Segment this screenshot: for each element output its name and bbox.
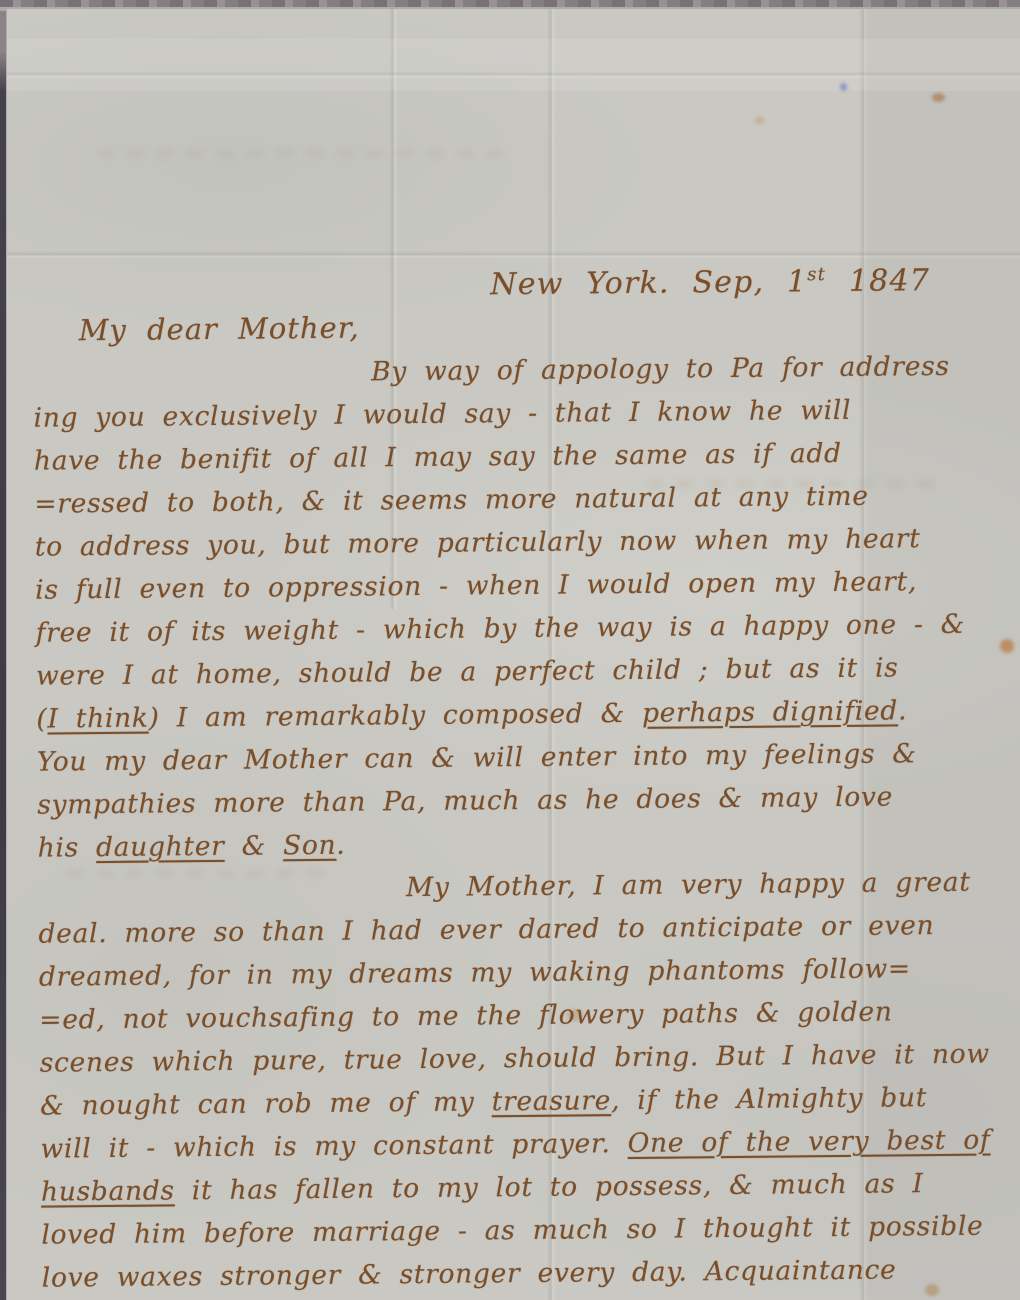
underlined-phrase: One of the very best of xyxy=(627,1125,990,1159)
line-segment: ) I am remarkably composed & xyxy=(148,698,642,734)
line-segment: & nought can rob me of my xyxy=(40,1086,492,1121)
letter-dateline: New York. Sep, 1st 1847 xyxy=(490,248,1003,303)
letter-content: New York. Sep, 1st 1847 My dear Mother, … xyxy=(32,248,1013,1299)
letter-line: love waxes stronger & stronger every day… xyxy=(42,1247,1013,1299)
dateline-ordinal: st xyxy=(807,264,826,285)
ink-speck-blue xyxy=(840,83,847,91)
dateline-day: 1 xyxy=(787,264,808,299)
dateline-month: Sep, xyxy=(692,265,764,301)
letter-page: New York. Sep, 1st 1847 My dear Mother, … xyxy=(7,9,1020,1300)
line-segment: will it - which is my constant prayer. xyxy=(40,1128,627,1165)
letter-paragraph-2: My Mother, I am very happy a great deal.… xyxy=(38,860,1013,1299)
line-segment: . xyxy=(336,830,345,861)
underlined-phrase: perhaps dignified xyxy=(642,695,898,728)
foxing-spot xyxy=(932,93,945,102)
scan-left-edge xyxy=(0,11,6,1300)
line-segment: , if the Almighty but xyxy=(611,1082,927,1116)
dateline-place: New York. xyxy=(490,266,670,303)
underlined-phrase: treasure xyxy=(491,1085,611,1117)
underlined-phrase: daughter xyxy=(96,831,225,863)
underlined-phrase: I think xyxy=(47,703,148,735)
line-segment: & xyxy=(224,830,283,862)
underlined-phrase: Son xyxy=(283,830,337,862)
scan-top-edge xyxy=(0,0,1020,7)
line-segment: it has fallen to my lot to possess, & mu… xyxy=(175,1168,924,1206)
foxing-spot xyxy=(755,117,764,124)
fold-crease-horizontal-top xyxy=(7,71,1020,79)
dateline-year: 1847 xyxy=(849,263,930,299)
paper-shading-topband xyxy=(7,39,1020,91)
bleedthrough-text xyxy=(97,149,517,158)
line-segment: ( xyxy=(36,704,47,735)
letter-paragraph-1: By way of appology to Pa for address ing… xyxy=(33,344,1009,869)
underlined-phrase: husbands xyxy=(41,1175,175,1207)
line-segment: . xyxy=(898,695,907,726)
line-segment: his xyxy=(38,832,97,864)
